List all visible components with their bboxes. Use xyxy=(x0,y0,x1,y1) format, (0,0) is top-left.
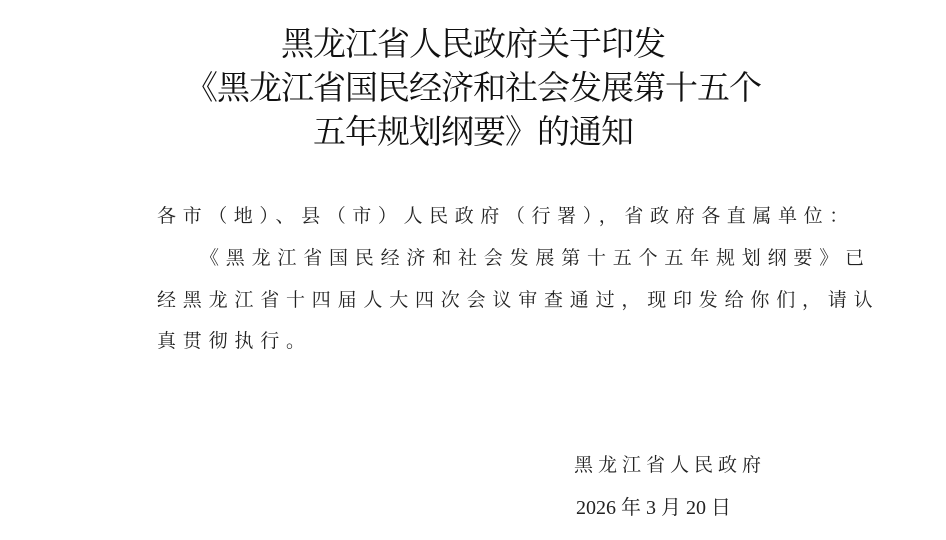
title-line-3: 五年规划纲要》的通知 xyxy=(0,110,946,154)
signature-issuer: 黑龙江省人民政府 xyxy=(574,450,766,477)
title-line-2: 《黑龙江省国民经济和社会发展第十五个 xyxy=(0,66,946,110)
document-title: 黑龙江省人民政府关于印发 《黑龙江省国民经济和社会发展第十五个 五年规划纲要》的… xyxy=(0,22,946,154)
paragraph-line-1: 《黑龙江省国民经济和社会发展第十五个五年规划纲要》已 xyxy=(200,243,871,270)
paragraph-line-2: 经黑龙江省十四届人大四次会议审查通过，现印发给你们，请认 xyxy=(157,285,879,312)
signature-date: 2026 年 3 月 20 日 xyxy=(576,491,731,520)
paragraph-line-3: 真贯彻执行。 xyxy=(157,326,312,353)
salutation: 各市（地）、县（市）人民政府（行署），省政府各直属单位： xyxy=(157,201,855,228)
title-line-1: 黑龙江省人民政府关于印发 xyxy=(0,22,946,66)
